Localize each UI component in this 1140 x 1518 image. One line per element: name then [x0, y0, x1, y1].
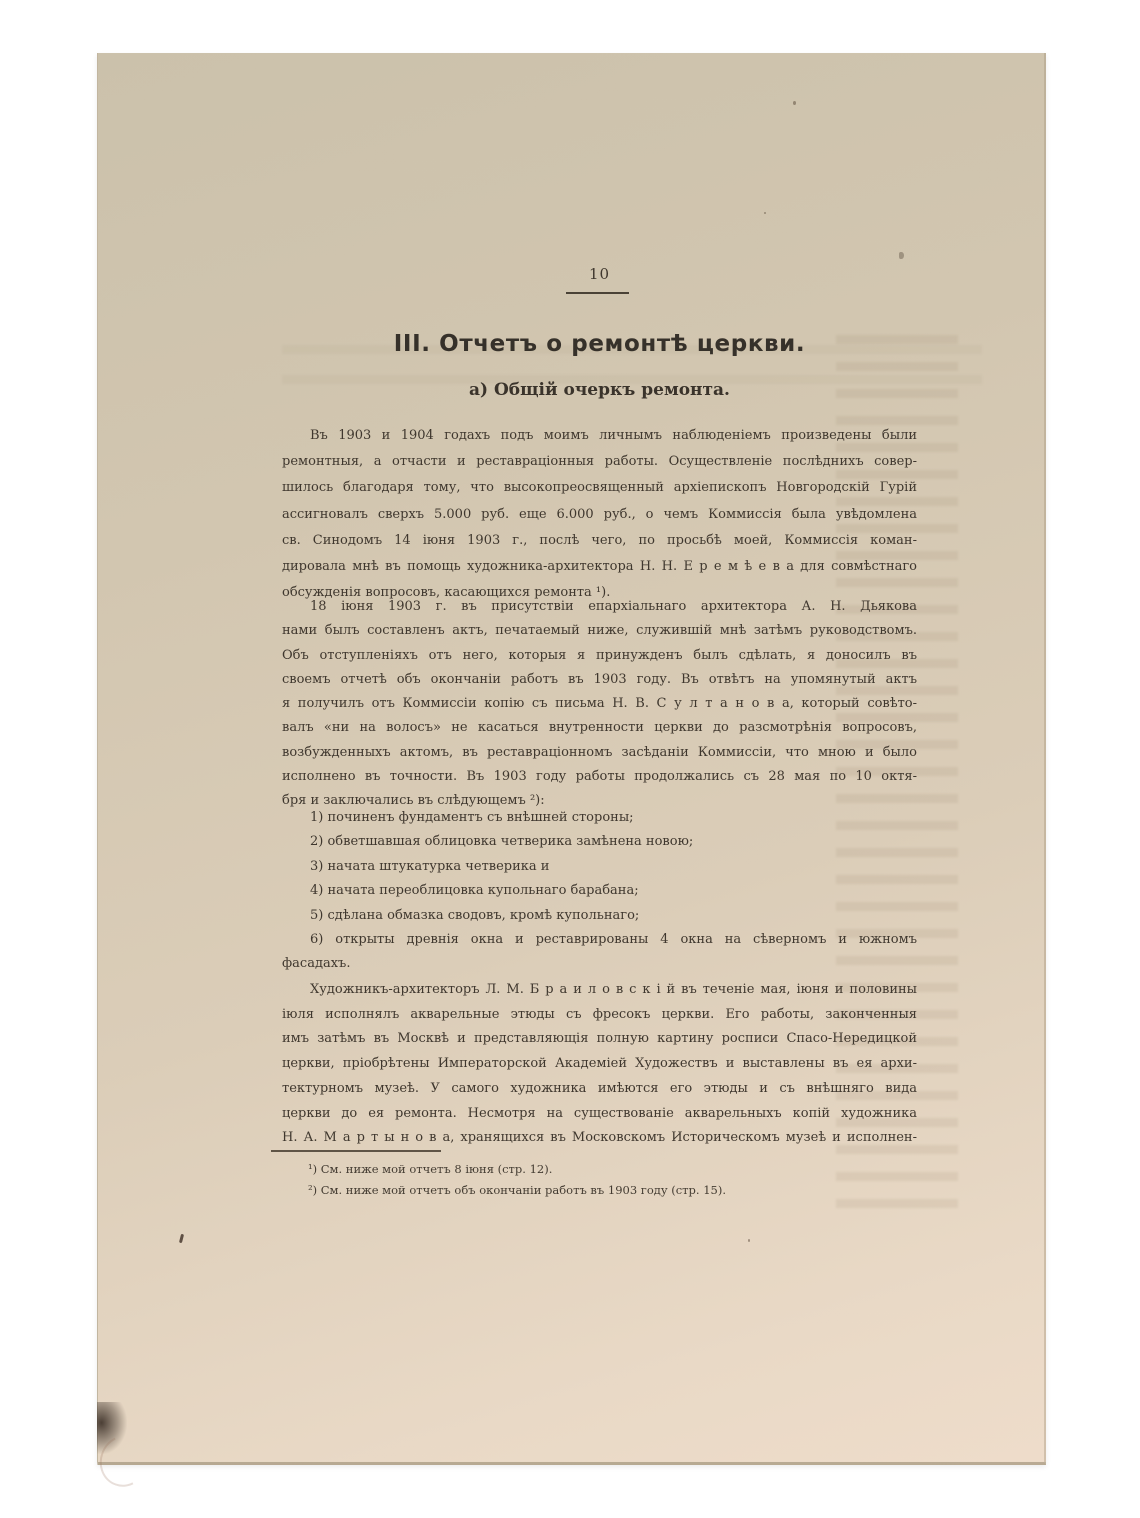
body-line: Н. А. М а р т ы н о в а, хранящихся въ М…: [282, 1126, 917, 1151]
body-line: ремонтныя, а отчасти и реставраціонныя р…: [282, 449, 917, 475]
footnote-1: ¹) См. ниже мой отчетъ 8 іюня (стр. 12).: [282, 1159, 943, 1180]
body-line: шилось благодаря тому, что высокопреосвя…: [282, 475, 917, 501]
body-line: іюля исполнялъ акварельные этюды съ фрес…: [282, 1003, 917, 1028]
body-line: возбужденныхъ актомъ, въ реставраціонном…: [282, 741, 917, 765]
body-line: церкви до ея ремонта. Несмотря на сущест…: [282, 1102, 917, 1127]
list-item: 2) обветшавшая облицовка четверика замѣн…: [282, 830, 917, 854]
body-line: св. Синодомъ 14 іюня 1903 г., послѣ чего…: [282, 528, 917, 554]
body-line: дировала мнѣ въ помощь художника-архитек…: [282, 554, 917, 580]
screenshot-root: { "colors": { "paper_top": "#cbc1ab", "p…: [0, 0, 1140, 1518]
paragraph-1: Въ 1903 и 1904 годахъ подъ моимъ личнымъ…: [282, 423, 917, 606]
scan-speck: [899, 252, 904, 259]
list-item: 4) начата переоблицовка купольнаго бараб…: [282, 879, 917, 903]
list-item-wrap: фасадахъ.: [282, 952, 917, 976]
scan-speck: [748, 1239, 750, 1242]
body-line: валъ «ни на волосъ» не касаться внутренн…: [282, 716, 917, 740]
body-line: ассигновалъ сверхъ 5.000 руб. еще 6.000 …: [282, 502, 917, 528]
paragraph-3: Художникъ-архитекторъ Л. М. Б р а и л о …: [282, 978, 917, 1151]
section-subheading: а) Общій очеркъ ремонта.: [282, 380, 917, 400]
body-line: 18 іюня 1903 г. въ присутствіи епархіаль…: [282, 595, 917, 619]
body-line: своемъ отчетѣ объ окончаніи работъ въ 19…: [282, 668, 917, 692]
scan-speck: [179, 1234, 184, 1243]
body-line: имъ затѣмъ въ Москвѣ и представляющія по…: [282, 1027, 917, 1052]
body-line: исполнено въ точности. Въ 1903 году рабо…: [282, 765, 917, 789]
scanned-book-page: 10 III. Отчетъ о ремонтѣ церкви. а) Общі…: [97, 53, 1046, 1465]
list-item: 1) починенъ фундаментъ съ внѣшней сторон…: [282, 806, 917, 830]
scan-speck: [764, 212, 766, 214]
body-line: нами былъ составленъ актъ, печатаемый ни…: [282, 619, 917, 643]
list-item: 5) сдѣлана обмазка сводовъ, кромѣ куполь…: [282, 904, 917, 928]
page-number-rule: [566, 292, 629, 294]
body-line: Художникъ-архитекторъ Л. М. Б р а и л о …: [282, 978, 917, 1003]
footnote-rule: [271, 1150, 441, 1152]
body-line: я получилъ отъ Коммиссіи копію съ письма…: [282, 692, 917, 716]
footnote-2: ²) См. ниже мой отчетъ объ окончаніи раб…: [282, 1180, 943, 1201]
section-heading: III. Отчетъ о ремонтѣ церкви.: [282, 331, 917, 357]
page-number: 10: [282, 265, 917, 283]
scan-speck: [793, 101, 796, 105]
body-line: Въ 1903 и 1904 годахъ подъ моимъ личнымъ…: [282, 423, 917, 449]
list-item: 6) открыты древнія окна и реставрированы…: [282, 928, 917, 952]
body-line: Объ отступленіяхъ отъ него, которыя я пр…: [282, 644, 917, 668]
body-line: церкви, пріобрѣтены Императорской Академ…: [282, 1052, 917, 1077]
paragraph-2: 18 іюня 1903 г. въ присутствіи епархіаль…: [282, 595, 917, 814]
body-line: тектурномъ музеѣ. У самого художника имѣ…: [282, 1077, 917, 1102]
numbered-list: 1) починенъ фундаментъ съ внѣшней сторон…: [282, 806, 917, 977]
list-item: 3) начата штукатурка четверика и: [282, 855, 917, 879]
